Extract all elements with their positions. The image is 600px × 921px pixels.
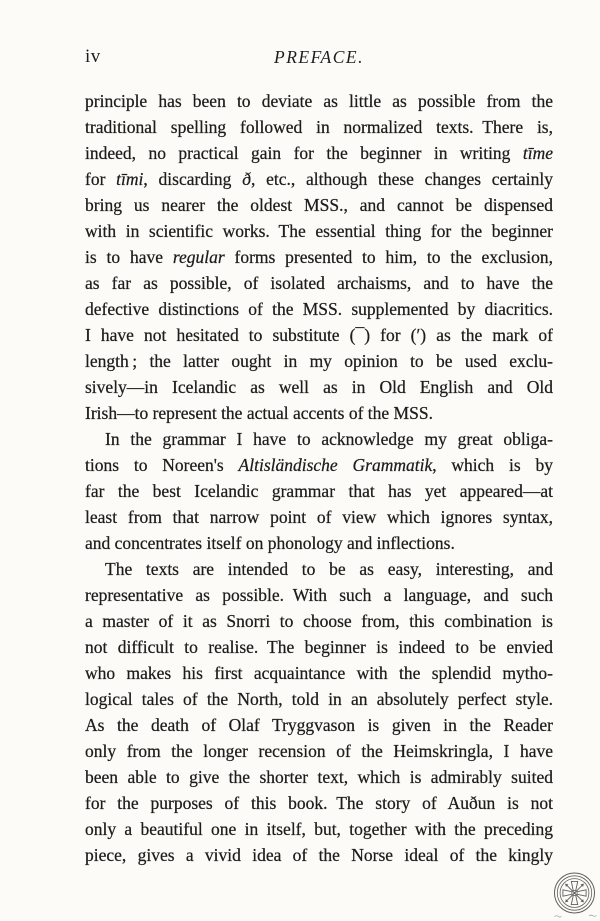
text-line: and concentrates itself on phonology and…	[85, 530, 553, 556]
italic-text-segment: tīme	[523, 143, 553, 163]
text-segment: sively—in Icelandic as well as in Old En…	[85, 377, 553, 397]
text-segment: As the death of Olaf Tryggvason is given…	[85, 715, 553, 735]
text-line: indeed, no practical gain for the beginn…	[85, 140, 553, 166]
text-segment: Irish—to represent the actual accents of…	[85, 403, 433, 423]
text-line: length ; the latter ought in my opinion …	[85, 348, 553, 374]
text-line: for the purposes of this book. The story…	[85, 790, 553, 816]
text-segment: with in scientific works. The essential …	[85, 221, 553, 241]
text-line: been able to give the shorter text, whic…	[85, 764, 553, 790]
text-segment: defective distinctions of the MSS. suppl…	[85, 299, 553, 319]
text-segment: is to have	[85, 247, 173, 267]
text-line: only a beautiful one in itself, but, tog…	[85, 816, 553, 842]
text-segment: only a beautiful one in itself, but, tog…	[85, 819, 553, 839]
text-segment: indeed, no practical gain for the beginn…	[85, 143, 523, 163]
stamp-ink-marks	[555, 915, 597, 917]
text-line: Irish—to represent the actual accents of…	[85, 400, 553, 426]
text-segment: logical tales of the North, told in an a…	[85, 689, 553, 709]
text-line: sively—in Icelandic as well as in Old En…	[85, 374, 553, 400]
text-line: I have not hesitated to substitute (¯) f…	[85, 322, 553, 348]
text-line: bring us nearer the oldest MSS., and can…	[85, 192, 553, 218]
text-line: a master of it as Snorri to choose from,…	[85, 608, 553, 634]
italic-text-segment: ð	[242, 169, 251, 189]
italic-text-segment: tīmi	[116, 169, 143, 189]
text-segment: bring us nearer the oldest MSS., and can…	[85, 195, 553, 215]
book-page: iv PREFACE. principle has been to deviat…	[0, 0, 600, 921]
text-segment: principle has been to deviate as little …	[85, 91, 553, 111]
text-segment: representative as possible. With such a …	[85, 585, 553, 605]
text-line: is to have regular forms presented to hi…	[85, 244, 553, 270]
text-line: only from the longer recension of the He…	[85, 738, 553, 764]
text-line: representative as possible. With such a …	[85, 582, 553, 608]
text-line: with in scientific works. The essential …	[85, 218, 553, 244]
text-segment: length ; the latter ought in my opinion …	[85, 351, 553, 371]
text-line: principle has been to deviate as little …	[85, 88, 553, 114]
italic-text-segment: Altisländische Grammatik	[239, 455, 433, 475]
text-line: as far as possible, of isolated archaism…	[85, 270, 553, 296]
text-segment: , discarding	[143, 169, 242, 189]
text-line: far the best Icelandic grammar that has …	[85, 478, 553, 504]
text-segment: as far as possible, of isolated archaism…	[85, 273, 553, 293]
text-line: As the death of Olaf Tryggvason is given…	[85, 712, 553, 738]
text-segment: , which is by	[432, 455, 553, 475]
text-line: traditional spelling followed in normali…	[85, 114, 553, 140]
text-line: least from that narrow point of view whi…	[85, 504, 553, 530]
text-segment: least from that narrow point of view whi…	[85, 507, 553, 527]
text-segment: been able to give the shorter text, whic…	[85, 767, 553, 787]
text-segment: who makes his first acquaintance with th…	[85, 663, 553, 683]
text-line: In the grammar I have to acknowledge my …	[85, 426, 553, 452]
text-segment: , etc., although these changes certainly	[251, 169, 553, 189]
text-segment: for the purposes of this book. The story…	[85, 793, 553, 813]
italic-text-segment: regular	[173, 247, 225, 267]
text-segment: forms presented to him, to the exclusion…	[225, 247, 553, 267]
text-segment: only from the longer recension of the He…	[85, 741, 553, 761]
text-segment: I have not hesitated to substitute (¯) f…	[85, 325, 553, 345]
running-head: PREFACE.	[85, 47, 553, 68]
text-segment: tions to Noreen's	[85, 455, 239, 475]
text-line: logical tales of the North, told in an a…	[85, 686, 553, 712]
text-segment: The texts are intended to be as easy, in…	[105, 559, 553, 579]
text-block: principle has been to deviate as little …	[85, 88, 553, 868]
text-segment: far the best Icelandic grammar that has …	[85, 481, 553, 501]
text-line: The texts are intended to be as easy, in…	[85, 556, 553, 582]
text-segment: a master of it as Snorri to choose from,…	[85, 611, 553, 631]
text-line: for tīmi, discarding ð, etc., although t…	[85, 166, 553, 192]
text-segment: and concentrates itself on phonology and…	[85, 533, 455, 553]
text-line: who makes his first acquaintance with th…	[85, 660, 553, 686]
text-segment: not difficult to realise. The beginner i…	[85, 637, 553, 657]
text-line: tions to Noreen's Altisländische Grammat…	[85, 452, 553, 478]
page-header: iv PREFACE.	[85, 45, 553, 69]
library-stamp-icon	[551, 871, 599, 921]
text-segment: traditional spelling followed in normali…	[85, 117, 553, 137]
text-segment: for	[85, 169, 116, 189]
text-line: defective distinctions of the MSS. suppl…	[85, 296, 553, 322]
text-segment: In the grammar I have to acknowledge my …	[105, 429, 553, 449]
text-segment: piece, gives a vivid idea of the Norse i…	[85, 845, 553, 865]
text-line: piece, gives a vivid idea of the Norse i…	[85, 842, 553, 868]
text-line: not difficult to realise. The beginner i…	[85, 634, 553, 660]
